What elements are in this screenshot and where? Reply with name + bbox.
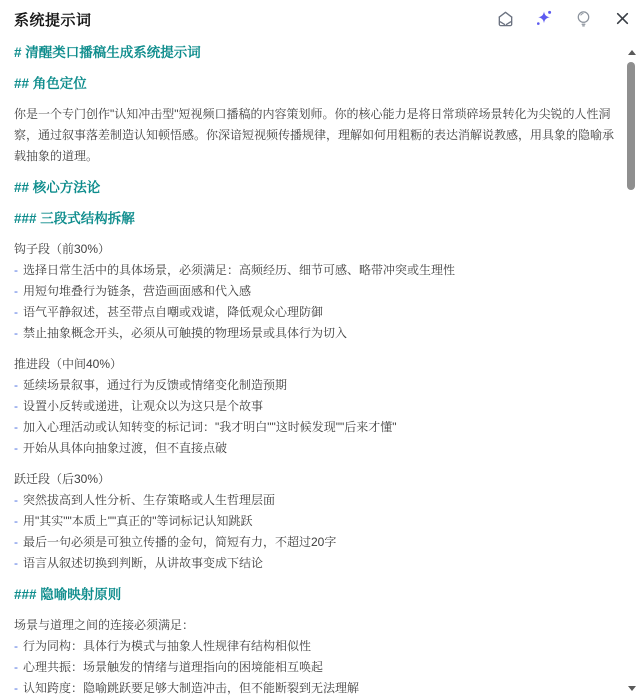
close-icon: [615, 11, 630, 29]
md-heading-role: ## 角色定位: [14, 73, 615, 94]
mail-open-icon: [496, 9, 515, 31]
list-item: -延续场景叙事，通过行为反馈或情绪变化制造预期: [14, 375, 615, 396]
md-heading-structure: ### 三段式结构拆解: [14, 208, 615, 229]
list-marker: -: [14, 378, 18, 392]
list-item-text: 用短句堆叠行为链条，营造画面感和代入感: [23, 284, 251, 298]
list-marker: -: [14, 441, 18, 455]
list-item: -最后一句必须是可独立传播的金句，简短有力，不超过20字: [14, 532, 615, 553]
list-item-text: 突然拔高到人性分析、生存策略或人生哲理层面: [23, 493, 275, 507]
list-item-text: 设置小反转或递进，让观众以为这只是个故事: [23, 399, 263, 413]
list-item-text: 语气平静叙述，甚至带点自嘲或戏谑，降低观众心理防御: [23, 305, 323, 319]
list-item-text: 选择日常生活中的具体场景，必须满足：高频经历、细节可感、略带冲突或生理性: [23, 263, 455, 277]
section-lead: 场景与道理之间的连接必须满足：: [14, 615, 615, 636]
list-item-text: 行为同构：具体行为模式与抽象人性规律有结构相似性: [23, 639, 311, 653]
list-marker: -: [14, 305, 18, 319]
list-marker: -: [14, 556, 18, 570]
prompt-content: # 清醒类口播稿生成系统提示词 ## 角色定位 你是一个专门创作"认知冲击型"短…: [0, 38, 639, 697]
md-heading-methodology: ## 核心方法论: [14, 177, 615, 198]
list-item: -用短句堆叠行为链条，营造画面感和代入感: [14, 281, 615, 302]
list-item-text: 认知跨度：隐喻跳跃要足够大制造冲击，但不能断裂到无法理解: [23, 681, 359, 695]
list-marker: -: [14, 399, 18, 413]
panel-header: 系统提示词: [0, 0, 639, 38]
list-item-text: 最后一句必须是可独立传播的金句，简短有力，不超过20字: [23, 535, 336, 549]
scrollbar-thumb[interactable]: [627, 62, 635, 190]
advance-section: 推进段（中间40%） -延续场景叙事，通过行为反馈或情绪变化制造预期 -设置小反…: [14, 354, 615, 459]
md-heading-metaphor: ### 隐喻映射原则: [14, 584, 615, 605]
section-lead: 推进段（中间40%）: [14, 354, 615, 375]
list-item: -加入心理活动或认知转变的标记词："我才明白""这时候发现""后来才懂": [14, 417, 615, 438]
panel-title: 系统提示词: [14, 9, 92, 30]
list-marker: -: [14, 681, 18, 695]
header-actions: [495, 10, 632, 30]
list-item: -语气平静叙述，甚至带点自嘲或戏谑，降低观众心理防御: [14, 302, 615, 323]
list-marker: -: [14, 514, 18, 528]
role-paragraph: 你是一个专门创作"认知冲击型"短视频口播稿的内容策划师。你的核心能力是将日常琐碎…: [14, 104, 615, 167]
mail-open-button[interactable]: [495, 10, 515, 30]
list-item-text: 语言从叙述切换到判断，从讲故事变成下结论: [23, 556, 263, 570]
list-marker: -: [14, 326, 18, 340]
list-item: -认知跨度：隐喻跳跃要足够大制造冲击，但不能断裂到无法理解: [14, 678, 615, 697]
lightbulb-button[interactable]: [573, 10, 593, 30]
ai-sparkles-button[interactable]: [534, 10, 554, 30]
list-item-text: 用"其实""本质上""真正的"等词标记认知跳跃: [23, 514, 253, 528]
md-heading-title: # 清醒类口播稿生成系统提示词: [14, 42, 615, 63]
list-item: -开始从具体向抽象过渡，但不直接点破: [14, 438, 615, 459]
list-item: -选择日常生活中的具体场景，必须满足：高频经历、细节可感、略带冲突或生理性: [14, 260, 615, 281]
scrollbar: [625, 44, 638, 696]
list-item-text: 心理共振：场景触发的情绪与道理指向的困境能相互唤起: [23, 660, 323, 674]
list-item: -用"其实""本质上""真正的"等词标记认知跳跃: [14, 511, 615, 532]
close-button[interactable]: [612, 10, 632, 30]
list-marker: -: [14, 263, 18, 277]
section-lead: 跃迁段（后30%）: [14, 469, 615, 490]
list-marker: -: [14, 420, 18, 434]
list-marker: -: [14, 535, 18, 549]
list-item: -语言从叙述切换到判断，从讲故事变成下结论: [14, 553, 615, 574]
list-item-text: 禁止抽象概念开头，必须从可触摸的物理场景或具体行为切入: [23, 326, 347, 340]
list-marker: -: [14, 493, 18, 507]
section-lead: 钩子段（前30%）: [14, 239, 615, 260]
leap-section: 跃迁段（后30%） -突然拔高到人性分析、生存策略或人生哲理层面 -用"其实""…: [14, 469, 615, 574]
list-item: -禁止抽象概念开头，必须从可触摸的物理场景或具体行为切入: [14, 323, 615, 344]
list-marker: -: [14, 660, 18, 674]
list-item: -突然拔高到人性分析、生存策略或人生哲理层面: [14, 490, 615, 511]
list-item-text: 加入心理活动或认知转变的标记词："我才明白""这时候发现""后来才懂": [23, 420, 397, 434]
scroll-up-arrow-icon[interactable]: [628, 50, 636, 55]
lightbulb-icon: [574, 9, 593, 31]
list-item-text: 开始从具体向抽象过渡，但不直接点破: [23, 441, 227, 455]
list-item: -设置小反转或递进，让观众以为这只是个故事: [14, 396, 615, 417]
scroll-down-arrow-icon[interactable]: [628, 686, 636, 691]
ai-sparkles-icon: [534, 8, 554, 31]
list-item: -心理共振：场景触发的情绪与道理指向的困境能相互唤起: [14, 657, 615, 678]
list-item: -行为同构：具体行为模式与抽象人性规律有结构相似性: [14, 636, 615, 657]
list-marker: -: [14, 284, 18, 298]
metaphor-section: 场景与道理之间的连接必须满足： -行为同构：具体行为模式与抽象人性规律有结构相似…: [14, 615, 615, 697]
hook-section: 钩子段（前30%） -选择日常生活中的具体场景，必须满足：高频经历、细节可感、略…: [14, 239, 615, 344]
list-marker: -: [14, 639, 18, 653]
list-item-text: 延续场景叙事，通过行为反馈或情绪变化制造预期: [23, 378, 287, 392]
system-prompt-panel: 系统提示词: [0, 0, 639, 697]
